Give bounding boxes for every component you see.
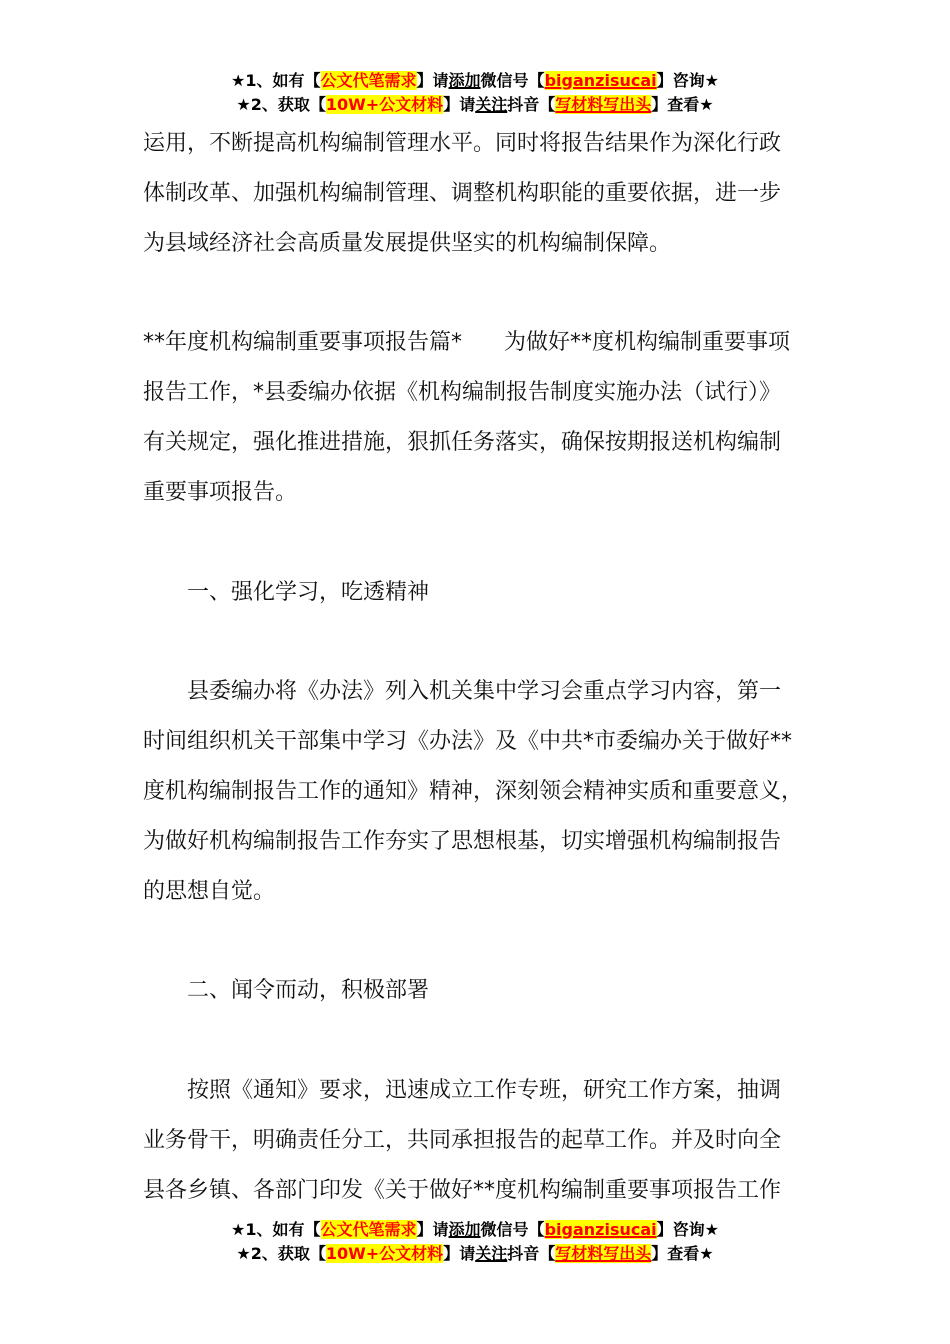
paragraph-line: 为做好机构编制报告工作夯实了思想根基，切实增强机构编制报告 xyxy=(143,829,781,855)
underlined-add: 添加 xyxy=(449,1220,481,1239)
underlined-follow: 关注 xyxy=(475,1244,507,1263)
header-banner: ★1、如有【公文代笔需求】请添加微信号【biganzisucai】咨询★ ★2、… xyxy=(0,69,950,117)
paragraph-line: 体制改革、加强机构编制管理、调整机构职能的重要依据，进一步 xyxy=(143,181,781,207)
highlight-service: 公文代笔需求 xyxy=(321,1220,417,1239)
paragraph-line: 为县域经济社会高质量发展提供坚实的机构编制保障。 xyxy=(143,231,671,257)
banner-text: ★2、获取【 xyxy=(236,95,325,114)
paragraph-line: 时间组织机关干部集中学习《办法》及《中共*市委编办关于做好** xyxy=(143,729,792,755)
banner-text: ★1、如有【 xyxy=(231,71,320,90)
footer-banner: ★1、如有【公文代笔需求】请添加微信号【biganzisucai】咨询★ ★2、… xyxy=(0,1218,950,1266)
banner-text: 】请 xyxy=(443,95,475,114)
section-heading-2: 二、闻令而动，积极部署 xyxy=(187,978,429,1004)
header-banner-line-1: ★1、如有【公文代笔需求】请添加微信号【biganzisucai】咨询★ xyxy=(0,69,950,93)
wechat-id-link[interactable]: biganzisucai xyxy=(545,1220,657,1239)
underlined-follow: 关注 xyxy=(475,95,507,114)
douyin-account-link[interactable]: 写材料写出头 xyxy=(555,1244,651,1263)
wechat-id-link[interactable]: biganzisucai xyxy=(545,71,657,90)
douyin-account-link[interactable]: 写材料写出头 xyxy=(555,95,651,114)
highlight-materials: 10W+公文材料 xyxy=(326,1244,443,1263)
paragraph-line: 运用，不断提高机构编制管理水平。同时将报告结果作为深化行政 xyxy=(143,131,781,157)
paragraph-line: 报告工作，*县委编办依据《机构编制报告制度实施办法（试行）》 xyxy=(143,380,781,406)
banner-text: 】请 xyxy=(443,1244,475,1263)
header-banner-line-2: ★2、获取【10W+公文材料】请关注抖音【写材料写出头】查看★ xyxy=(0,93,950,117)
section-heading-1: 一、强化学习，吃透精神 xyxy=(187,580,429,606)
footer-banner-line-1: ★1、如有【公文代笔需求】请添加微信号【biganzisucai】咨询★ xyxy=(0,1218,950,1242)
paragraph-line: 的思想自觉。 xyxy=(143,879,275,905)
paragraph-line: 度机构编制报告工作的通知》精神，深刻领会精神实质和重要意义， xyxy=(143,779,803,805)
banner-text: 抖音【 xyxy=(507,95,555,114)
banner-text: 】查看★ xyxy=(651,1244,713,1263)
paragraph-line: **年度机构编制重要事项报告篇* 为做好**度机构编制重要事项 xyxy=(143,330,790,356)
banner-text: 微信号【 xyxy=(481,1220,545,1239)
banner-text: ★1、如有【 xyxy=(231,1220,320,1239)
banner-text: 】咨询★ xyxy=(657,71,719,90)
paragraph-line: 业务骨干，明确责任分工，共同承担报告的起草工作。并及时向全 xyxy=(143,1128,781,1154)
paragraph-line: 县委编办将《办法》列入机关集中学习会重点学习内容，第一 xyxy=(187,679,781,705)
underlined-add: 添加 xyxy=(449,71,481,90)
banner-text: 】请 xyxy=(417,71,449,90)
highlight-service: 公文代笔需求 xyxy=(321,71,417,90)
paragraph-line: 重要事项报告。 xyxy=(143,480,297,506)
paragraph-line: 有关规定，强化推进措施，狠抓任务落实，确保按期报送机构编制 xyxy=(143,430,781,456)
banner-text: 微信号【 xyxy=(481,71,545,90)
banner-text: 抖音【 xyxy=(507,1244,555,1263)
banner-text: 】请 xyxy=(417,1220,449,1239)
banner-text: ★2、获取【 xyxy=(236,1244,325,1263)
banner-text: 】查看★ xyxy=(651,95,713,114)
footer-banner-line-2: ★2、获取【10W+公文材料】请关注抖音【写材料写出头】查看★ xyxy=(0,1242,950,1266)
paragraph-line: 县各乡镇、各部门印发《关于做好**度机构编制重要事项报告工作 xyxy=(143,1178,781,1204)
highlight-materials: 10W+公文材料 xyxy=(326,95,443,114)
paragraph-line: 按照《通知》要求，迅速成立工作专班，研究工作方案，抽调 xyxy=(187,1078,781,1104)
banner-text: 】咨询★ xyxy=(657,1220,719,1239)
